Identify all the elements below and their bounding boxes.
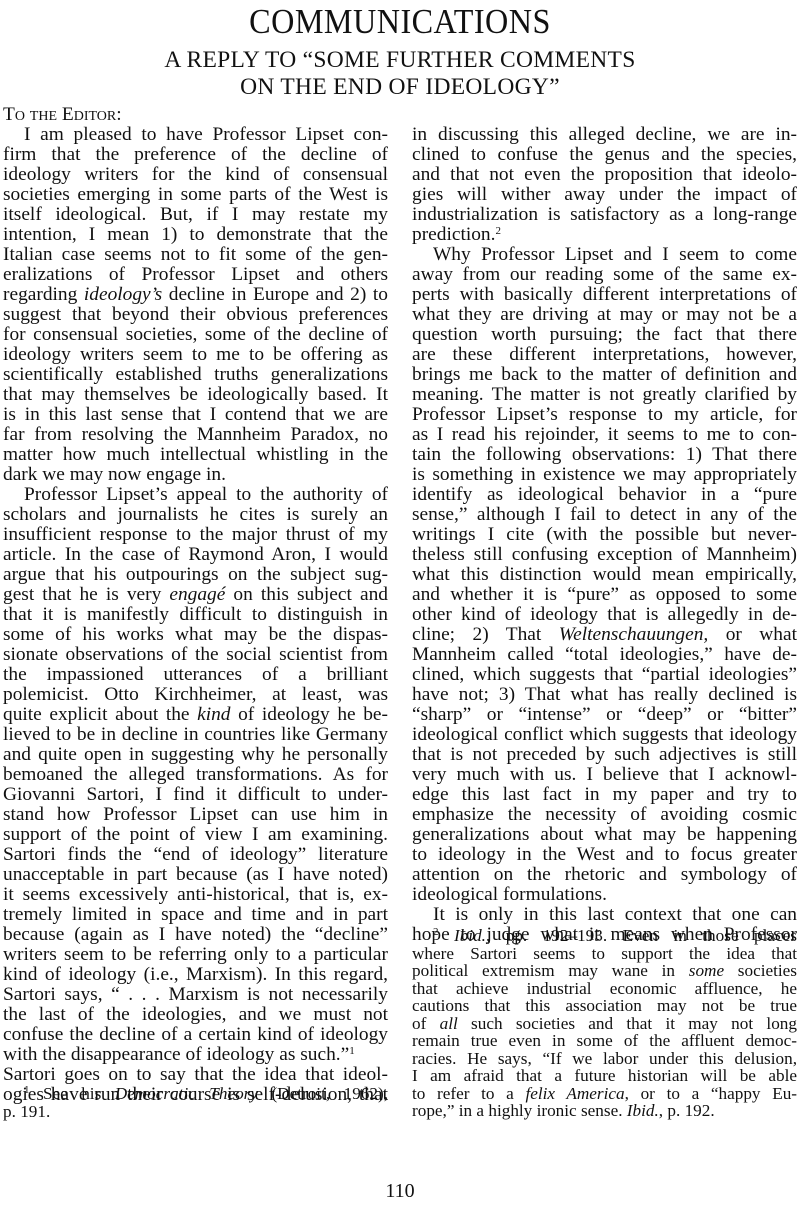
article-title-line-2: ON THE END OF IDEOLOGY” [0,74,800,101]
body-line: scientifically established truths genera… [3,365,388,385]
body-line: ideological conflict which suggests that… [412,725,797,745]
body-line: tremely limited in space and time and in… [3,905,388,925]
body-line: in discussing this alleged decline, we a… [412,125,797,145]
footnote-line: where Sartori seems to support the idea … [412,945,797,963]
body-line: “sharp” or “intense” or “deep” or “bitte… [412,705,797,725]
body-line: it seems excessively anti-historical, th… [3,885,388,905]
body-line: argue that his outpourings on the subjec… [3,565,388,585]
body-line: Italian case seems not to fit some of th… [3,245,388,265]
body-line: prediction.2 [412,225,797,245]
body-line: have not; 3) That what has really declin… [412,685,797,705]
body-line: identify as ideological behavior in a “p… [412,485,797,505]
footnote-line: I am afraid that a future historian will… [412,1067,797,1085]
emphasis: Weltenschauungen, [559,624,709,645]
body-line: writers seem to be referring only to a p… [3,945,388,965]
body-line: Sartori goes on to say that the idea tha… [3,1065,388,1085]
body-line: quite explicit about the kind of ideolog… [3,705,388,725]
body-line: itself ideological. But, if I may restat… [3,205,388,225]
body-line: polemicist. Otto Kirchheimer, at least, … [3,685,388,705]
body-line: other kind of ideology that is allegedly… [412,605,797,625]
body-line: for consensual societies, some of the de… [3,325,388,345]
body-line: confuse the decline of a certain kind of… [3,1025,388,1045]
body-line: Sartori says, “ . . . Marxism is not nec… [3,985,388,1005]
body-line: stand how Professor Lipset can use him i… [3,805,388,825]
body-line: is something in existence we may appropr… [412,465,797,485]
footnote-ref[interactable]: 1 [349,1045,355,1057]
body-line: away from our reading some of the same e… [412,265,797,285]
body-line: suggest that beyond their obvious prefer… [3,305,388,325]
body-line: Professor Lipset’s appeal to the authori… [3,485,388,505]
body-line: clined to confuse the genus and the spec… [412,145,797,165]
salutation: To the Editor: [3,105,388,125]
body-line: the last of the ideologies, and we must … [3,1005,388,1025]
body-line: far from resolving the Mannheim Paradox,… [3,425,388,445]
footnote-line: racies. He says, “If we labor under this… [412,1050,797,1068]
left-column: To the Editor: I am pleased to have Prof… [3,105,388,1105]
body-line: theless still confusing exception of Man… [412,545,797,565]
body-line: intention, I mean 1) to demonstrate that… [3,225,388,245]
body-line: clined, which suggests that “partial ide… [412,665,797,685]
body-line: writings I cite (with the possible but n… [412,525,797,545]
body-line: Mannheim called “total ideologies,” have… [412,645,797,665]
body-line: kind of ideology (i.e., Marxism). In thi… [3,965,388,985]
body-line: dark we may now engage in. [3,465,388,485]
body-line: as I read his rejoinder, it seems to me … [412,425,797,445]
body-line: scholars and journalists he cites is sur… [3,505,388,525]
footnote-line: 2 Ibid., pp. 192–193. Even in those plac… [412,927,797,945]
footnote-2: 2 Ibid., pp. 192–193. Even in those plac… [412,927,797,1120]
footnote-line: p. 191. [3,1103,388,1121]
body-line: cline; 2) That Weltenschauungen, or what [412,625,797,645]
body-line: firm that the preference of the decline … [3,145,388,165]
section-title: COMMUNICATIONS [32,2,768,42]
body-line: lieved to be in decline in countries lik… [3,725,388,745]
body-line: ideological formulations. [412,885,797,905]
body-line: the impassioned utterances of a brillian… [3,665,388,685]
body-line: that is not preceded by such adjectives … [412,745,797,765]
footnote-line: of all such societies and that it may no… [412,1015,797,1033]
body-line: what they are driving at may or may not … [412,305,797,325]
article-title: A REPLY TO “SOME FURTHER COMMENTS ON THE… [0,47,800,101]
body-line: industrialization is satisfactory as a l… [412,205,797,225]
footnote-line: to refer to a felix America, or to a “ha… [412,1085,797,1103]
body-line: that it is manifestly difficult to disti… [3,605,388,625]
body-line: and whether it is “pure” as opposed to s… [412,585,797,605]
body-line: brings me back to the matter of definiti… [412,365,797,385]
emphasis: kind [197,704,230,725]
body-line: Sartori finds the “end of ideology” lite… [3,845,388,865]
body-line: tain the following observations: 1) That… [412,445,797,465]
body-line: It is only in this last context that one… [412,905,797,925]
body-line: ideology writers for the kind of consens… [3,165,388,185]
body-line: Professor Lipset’s response to my articl… [412,405,797,425]
body-line: societies emerging in some parts of the … [3,185,388,205]
body-line: and quite open in suggesting why he pers… [3,745,388,765]
body-line: what this distinction would mean empiric… [412,565,797,585]
body-line: that may themselves be ideologically bas… [3,385,388,405]
body-line: because (again as I have noted) the “dec… [3,925,388,945]
footnote-line: that achieve industrial economic affluen… [412,980,797,998]
emphasis: engagé [169,584,225,605]
body-line: support of the point of view I am examin… [3,825,388,845]
footnote-1: 1 See his Democratic Theory (Detroit, 19… [3,1085,388,1120]
body-line: edge this last fact in my paper and try … [412,785,797,805]
body-line: ideology writers seem to me to be offeri… [3,345,388,365]
body-line: generalizations about what may be happen… [412,825,797,845]
body-line: question worth pursuing; the fact that t… [412,325,797,345]
body-line: and that not even the proposition that i… [412,165,797,185]
body-line: Giovanni Sartori, I find it difficult to… [3,785,388,805]
footnote-line: political extremism may wane in some soc… [412,962,797,980]
body-line: sionate observations of the social scien… [3,645,388,665]
body-line: gies will wither away under the impact o… [412,185,797,205]
body-line: is in this last sense that I contend tha… [3,405,388,425]
body-line: eralizations of Professor Lipset and oth… [3,265,388,285]
page-number: 110 [0,1180,800,1203]
body-line: bemoaned the alleged transformations. As… [3,765,388,785]
right-column: in discussing this alleged decline, we a… [412,125,797,945]
body-line: gest that he is very engagé on this subj… [3,585,388,605]
body-line: emphasize the necessity of avoiding cosm… [412,805,797,825]
emphasis: ideology’s [84,284,162,305]
body-line: insufficient response to the major thrus… [3,525,388,545]
body-line: I am pleased to have Professor Lipset co… [3,125,388,145]
body-line: with the disappearance of ideology as su… [3,1045,388,1065]
body-line: to ideology in the West and to focus gre… [412,845,797,865]
body-line: are these different interpretations, how… [412,345,797,365]
body-line: sense,” although I fail to detect in any… [412,505,797,525]
body-line: meaning. The matter is not greatly clari… [412,385,797,405]
footnote-line: rope,” in a highly ironic sense. Ibid., … [412,1102,797,1120]
body-line: perts with basically different interpret… [412,285,797,305]
body-line: matter how much intellectual whistling i… [3,445,388,465]
body-line: some of his works what may be the dispas… [3,625,388,645]
footnote-marker: 2 [433,926,439,938]
footnote-line: 1 See his Democratic Theory (Detroit, 19… [3,1085,388,1103]
footnote-ref[interactable]: 2 [495,225,501,237]
body-line: attention on the rhetoric and symbology … [412,865,797,885]
footnote-line: cautions that this association may not b… [412,997,797,1015]
body-line: unacceptable in part because (as I have … [3,865,388,885]
body-line: Why Professor Lipset and I seem to come [412,245,797,265]
body-line: very much with us. I believe that I ackn… [412,765,797,785]
body-line: regarding ideology’s decline in Europe a… [3,285,388,305]
article-title-line-1: A REPLY TO “SOME FURTHER COMMENTS [0,47,800,74]
body-line: article. In the case of Raymond Aron, I … [3,545,388,565]
footnote-line: remain true even in some of the affluent… [412,1032,797,1050]
